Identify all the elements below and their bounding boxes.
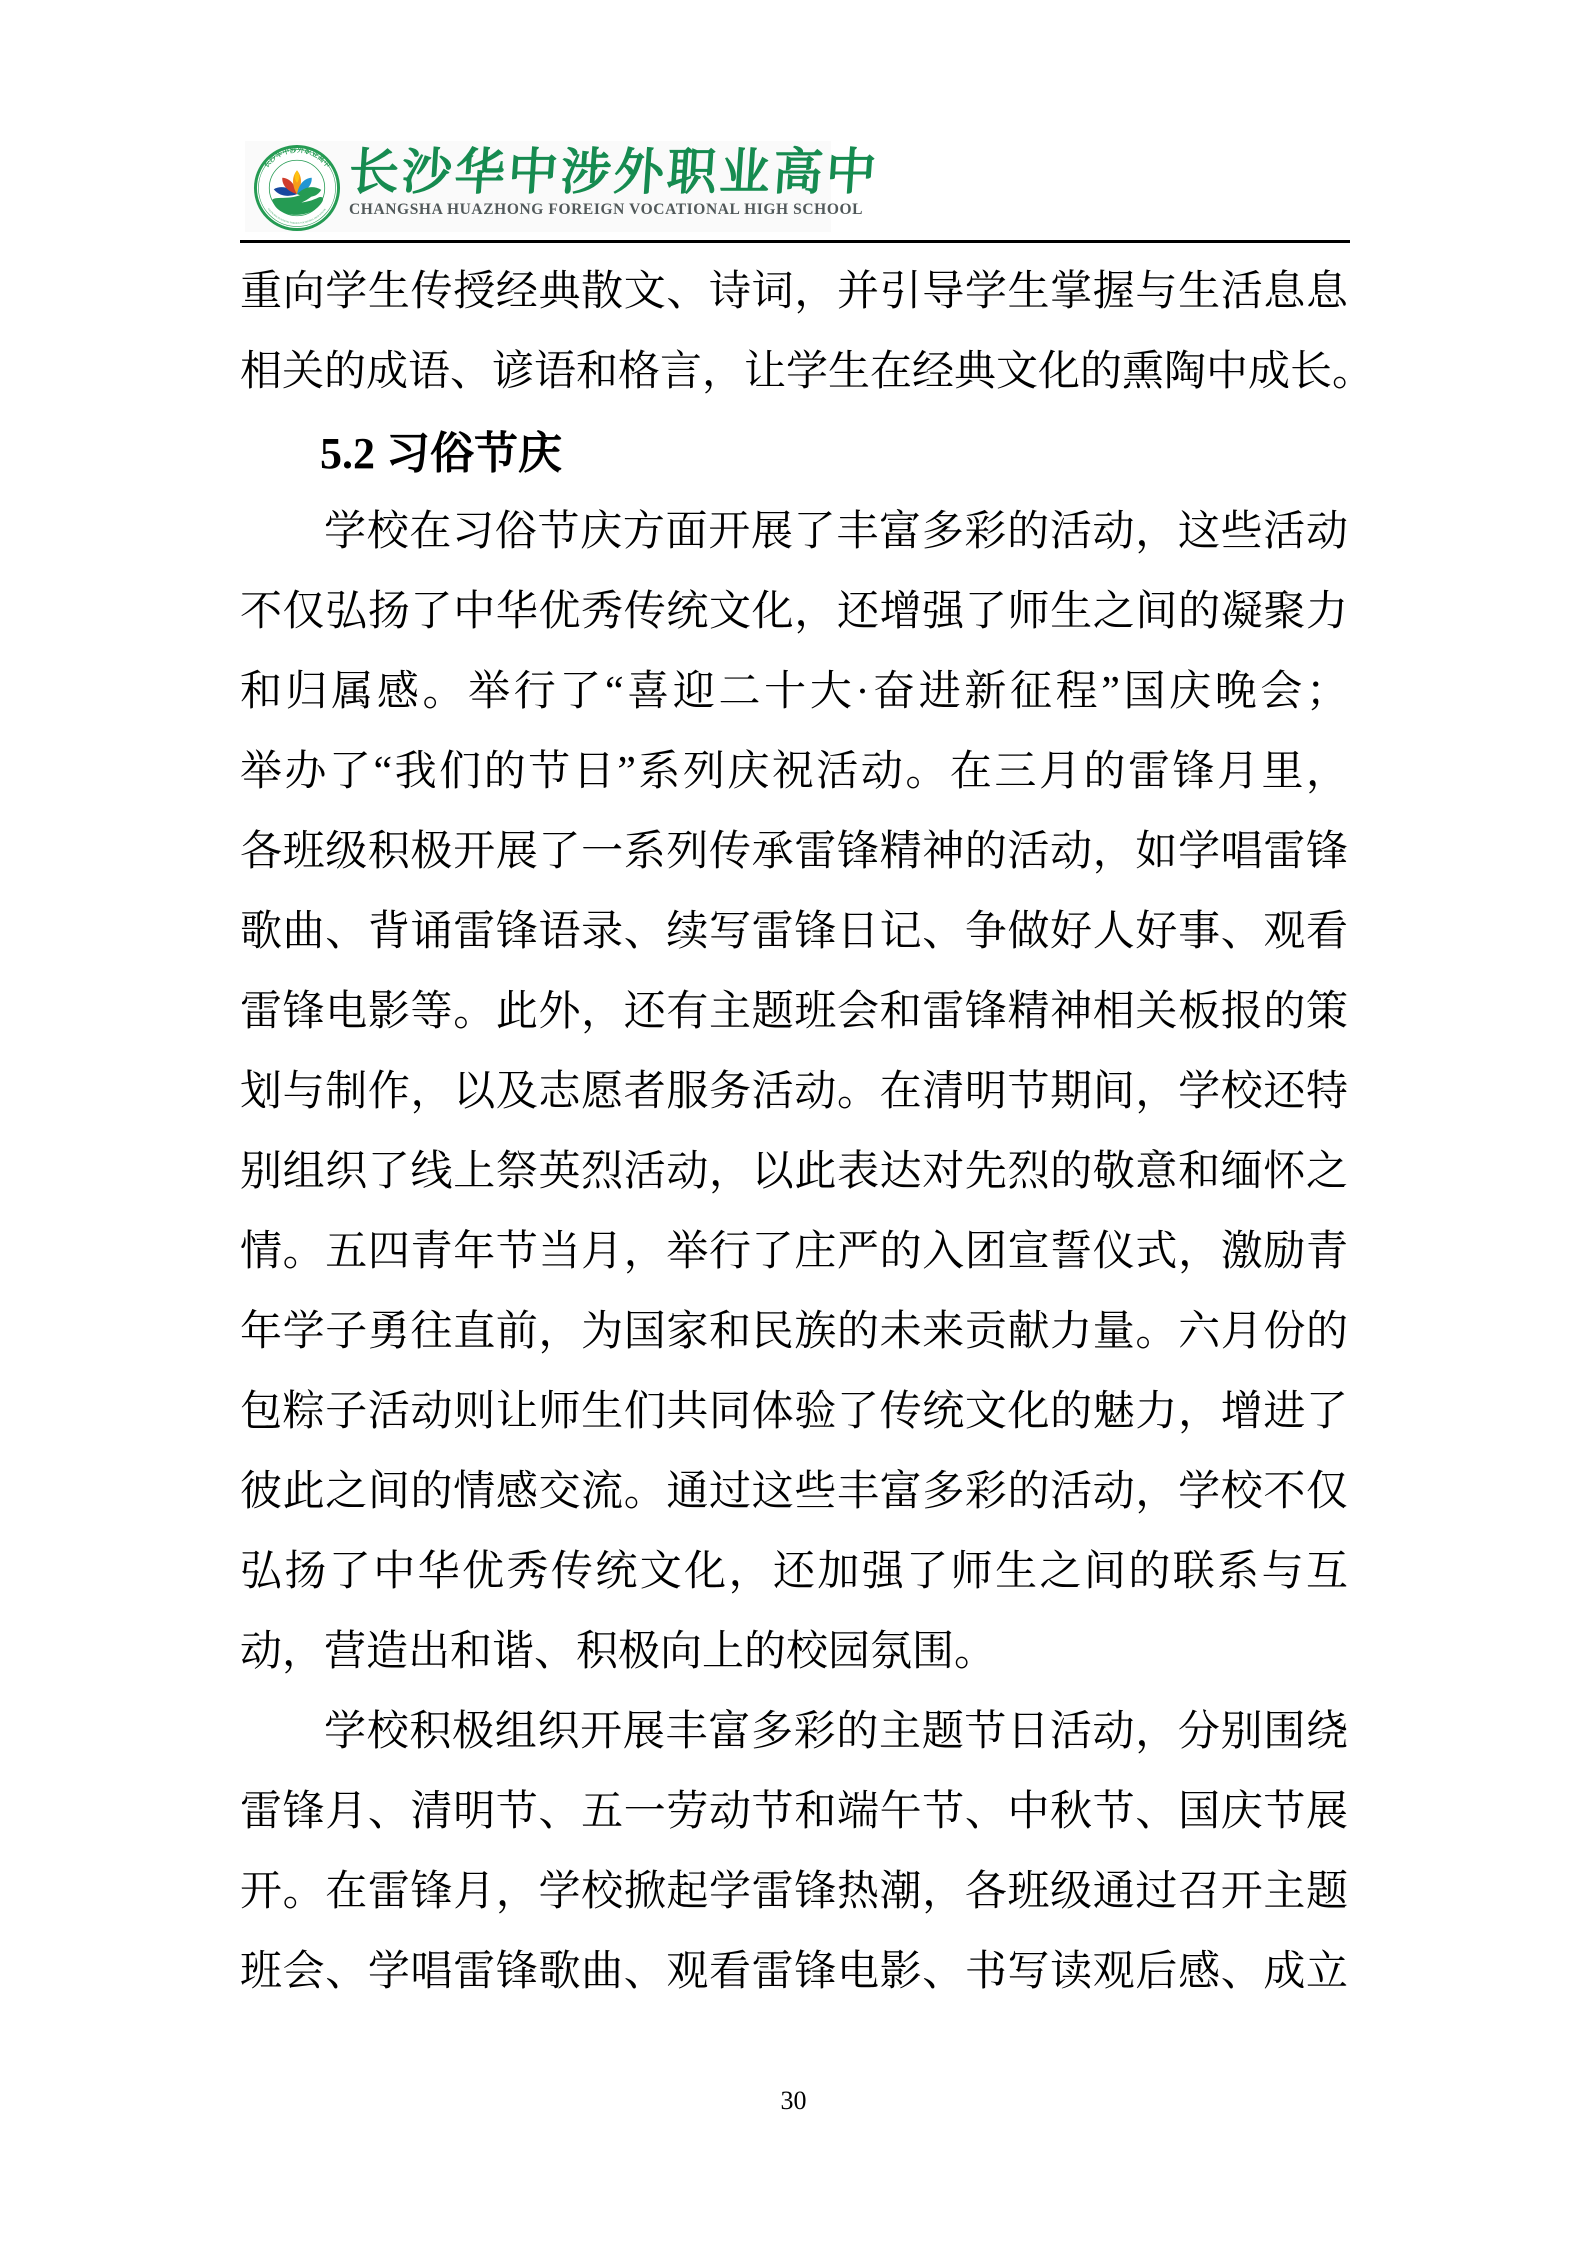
school-name-zh: 长沙华中涉外职业高中 <box>347 145 826 199</box>
body-line: 开。在雷锋月，学校掀起学雷锋热潮，各班级通过召开主题 <box>240 1852 1348 1932</box>
body-line: 重向学生传授经典散文、诗词，并引导学生掌握与生活息息 <box>240 252 1348 332</box>
body-line: 雷锋电影等。此外，还有主题班会和雷锋精神相关板报的策 <box>240 972 1348 1052</box>
section-heading: 5.2 习俗节庆 <box>240 412 1348 492</box>
body-line: 班会、学唱雷锋歌曲、观看雷锋电影、书写读观后感、成立 <box>240 1932 1348 2012</box>
page-number: 30 <box>0 2086 1587 2116</box>
school-titles: 长沙华中涉外职业高中 CHANGSHA HUAZHONG FOREIGN VOC… <box>349 145 824 219</box>
body-line: 歌曲、背诵雷锋语录、续写雷锋日记、争做好人好事、观看 <box>240 892 1348 972</box>
body-line: 彼此之间的情感交流。通过这些丰富多彩的活动，学校不仅 <box>240 1452 1348 1532</box>
body-line: 学校在习俗节庆方面开展了丰富多彩的活动，这些活动 <box>240 492 1348 572</box>
document-body: 重向学生传授经典散文、诗词，并引导学生掌握与生活息息 相关的成语、谚语和格言，让… <box>240 252 1348 2012</box>
body-line: 年学子勇往直前，为国家和民族的未来贡献力量。六月份的 <box>240 1292 1348 1372</box>
school-name-en: CHANGSHA HUAZHONG FOREIGN VOCATIONAL HIG… <box>349 201 824 219</box>
body-line: 各班级积极开展了一系列传承雷锋精神的活动，如学唱雷锋 <box>240 812 1348 892</box>
body-line: 包粽子活动则让师生们共同体验了传统文化的魅力，增进了 <box>240 1372 1348 1452</box>
body-line: 弘扬了中华优秀传统文化，还加强了师生之间的联系与互 <box>240 1532 1348 1612</box>
body-line: 划与制作，以及志愿者服务活动。在清明节期间，学校还特 <box>240 1052 1348 1132</box>
header-divider <box>240 240 1350 243</box>
document-page: 长沙华中涉外职业高中 CHANGSHA HUAZHONG FOREIGN VOC… <box>0 0 1587 2245</box>
body-line: 不仅弘扬了中华优秀传统文化，还增强了师生之间的凝聚力 <box>240 572 1348 652</box>
body-line: 动，营造出和谐、积极向上的校园氛围。 <box>240 1612 1348 1692</box>
page-header: 长沙华中涉外职业高中 CHANGSHA HUAZHONG FOREIGN VOC… <box>245 141 831 232</box>
body-line: 学校积极组织开展丰富多彩的主题节日活动，分别围绕 <box>240 1692 1348 1772</box>
body-line: 别组织了线上祭英烈活动，以此表达对先烈的敬意和缅怀之 <box>240 1132 1348 1212</box>
school-emblem-icon: 长沙华中涉外职业高中 CHANGSHA HUAZHONG FOREIGN VOC… <box>253 144 341 232</box>
body-line: 和归属感。举行了“喜迎二十大·奋进新征程”国庆晚会； <box>240 652 1348 732</box>
body-line: 情。五四青年节当月，举行了庄严的入团宣誓仪式，激励青 <box>240 1212 1348 1292</box>
body-line: 举办了“我们的节日”系列庆祝活动。在三月的雷锋月里， <box>240 732 1348 812</box>
body-line: 雷锋月、清明节、五一劳动节和端午节、中秋节、国庆节展 <box>240 1772 1348 1852</box>
body-line: 相关的成语、谚语和格言，让学生在经典文化的熏陶中成长。 <box>240 332 1348 412</box>
